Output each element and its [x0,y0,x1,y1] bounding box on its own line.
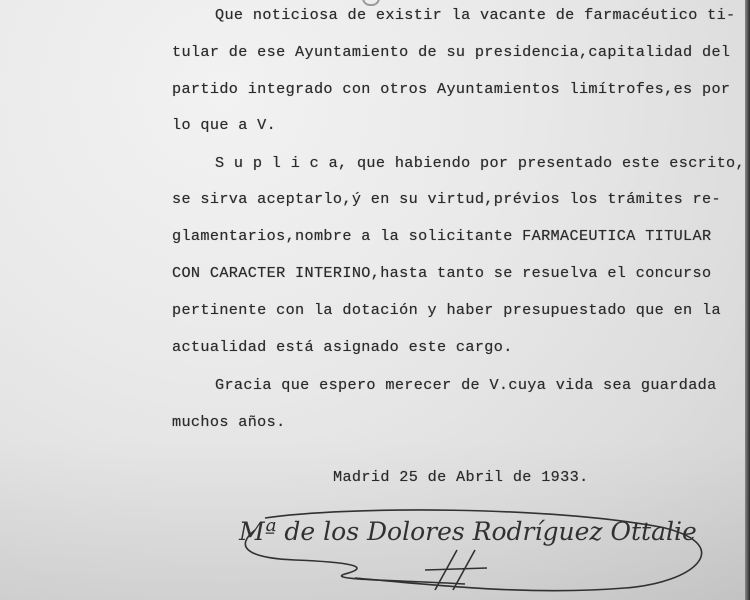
handwritten-signature: Mª de los Dolores Rodríguez Ottalie [225,488,725,593]
date-line: Madrid 25 de Abril de 1933. [333,468,589,486]
body-line-4: lo que a V. [172,116,276,134]
body-line-2: tular de ese Ayuntamiento de su presiden… [172,43,730,61]
body-line-12: muchos años. [172,413,286,431]
body-line-10: actualidad está asignado este cargo. [172,338,513,356]
body-line-8: CON CARACTER INTERINO,hasta tanto se res… [172,264,711,282]
signature-text: Mª de los Dolores Rodríguez Ottalie [238,517,697,546]
signature-flourish-icon: Mª de los Dolores Rodríguez Ottalie [225,488,725,593]
body-line-11: Gracia que espero merecer de V.cuya vida… [215,376,717,394]
page-edge [745,0,750,600]
body-line-7: glamentarios,nombre a la solicitante FAR… [172,227,711,245]
body-line-1: Que noticiosa de existir la vacante de f… [215,6,736,24]
body-line-9: pertinente con la dotación y haber presu… [172,301,721,319]
document-page: Que noticiosa de existir la vacante de f… [0,0,745,600]
body-line-5-suplica: S u p l i c a, que habiendo por presenta… [215,154,745,172]
body-line-6: se sirva aceptarlo,ý en su virtud,prévio… [172,190,721,208]
body-line-3: partido integrado con otros Ayuntamiento… [172,80,730,98]
